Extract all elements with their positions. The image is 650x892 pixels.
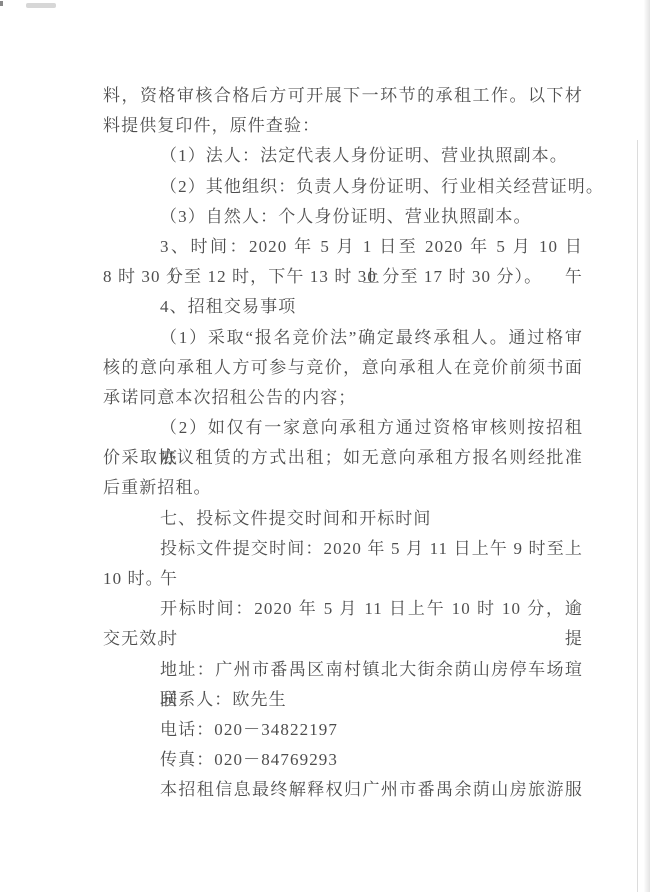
scan-artifact-dot [0, 1, 3, 6]
document-line: （1）法人：法定代表人身份证明、营业执照副本。 [103, 141, 583, 171]
document-line: 地址：广州市番禺区南村镇北大街余荫山房停车场瑄园 [103, 655, 583, 685]
document-text-block: 料，资格审核合格后方可开展下一环节的承租工作。以下材料提供复印件，原件查验：（1… [103, 81, 583, 806]
document-line: 传真：020－84769293 [103, 745, 583, 775]
document-line: 价采取协议租赁的方式出租；如无意向承租方报名则经批准 [103, 443, 583, 473]
document-line: 料，资格审核合格后方可开展下一环节的承租工作。以下材 [103, 81, 583, 111]
document-line: （1）采取“报名竞价法”确定最终承租人。通过格审 [103, 323, 583, 353]
document-line: 联系人：欧先生 [103, 685, 583, 715]
document-line: 后重新招租。 [103, 473, 583, 503]
document-line: 承诺同意本次招租公告的内容； [103, 383, 583, 413]
document-line: 料提供复印件，原件查验： [103, 111, 583, 141]
document-line: 核的意向承租人方可参与竞价，意向承租人在竞价前须书面 [103, 353, 583, 383]
document-line: 投标文件提交时间：2020 年 5 月 11 日上午 9 时至上午 [103, 534, 583, 564]
document-line: 4、招租交易事项 [103, 292, 583, 322]
document-line: 本招租信息最终解释权归广州市番禺余荫山房旅游服 [103, 775, 583, 805]
scan-page-edge-shadow [644, 0, 650, 892]
document-line: 七、投标文件提交时间和开标时间 [103, 504, 583, 534]
document-page: 料，资格审核合格后方可开展下一环节的承租工作。以下材料提供复印件，原件查验：（1… [0, 0, 650, 892]
document-line: （2）如仅有一家意向承租方通过资格审核则按招租底 [103, 413, 583, 443]
document-line: （3）自然人：个人身份证明、营业执照副本。 [103, 202, 583, 232]
scan-artifact-dash [26, 3, 56, 8]
document-line: 3、时间：2020 年 5 月 1 日至 2020 年 5 月 10 日（上午 [103, 232, 583, 262]
document-line: （2）其他组织：负责人身份证明、行业相关经营证明。 [103, 172, 583, 202]
scan-page-edge-line [637, 140, 638, 892]
document-line: 8 时 30 分至 12 时，下午 13 时 30 分至 17 时 30 分）。 [103, 262, 583, 292]
document-line: 开标时间：2020 年 5 月 11 日上午 10 时 10 分，逾时提 [103, 594, 583, 624]
document-line: 电话：020－34822197 [103, 715, 583, 745]
